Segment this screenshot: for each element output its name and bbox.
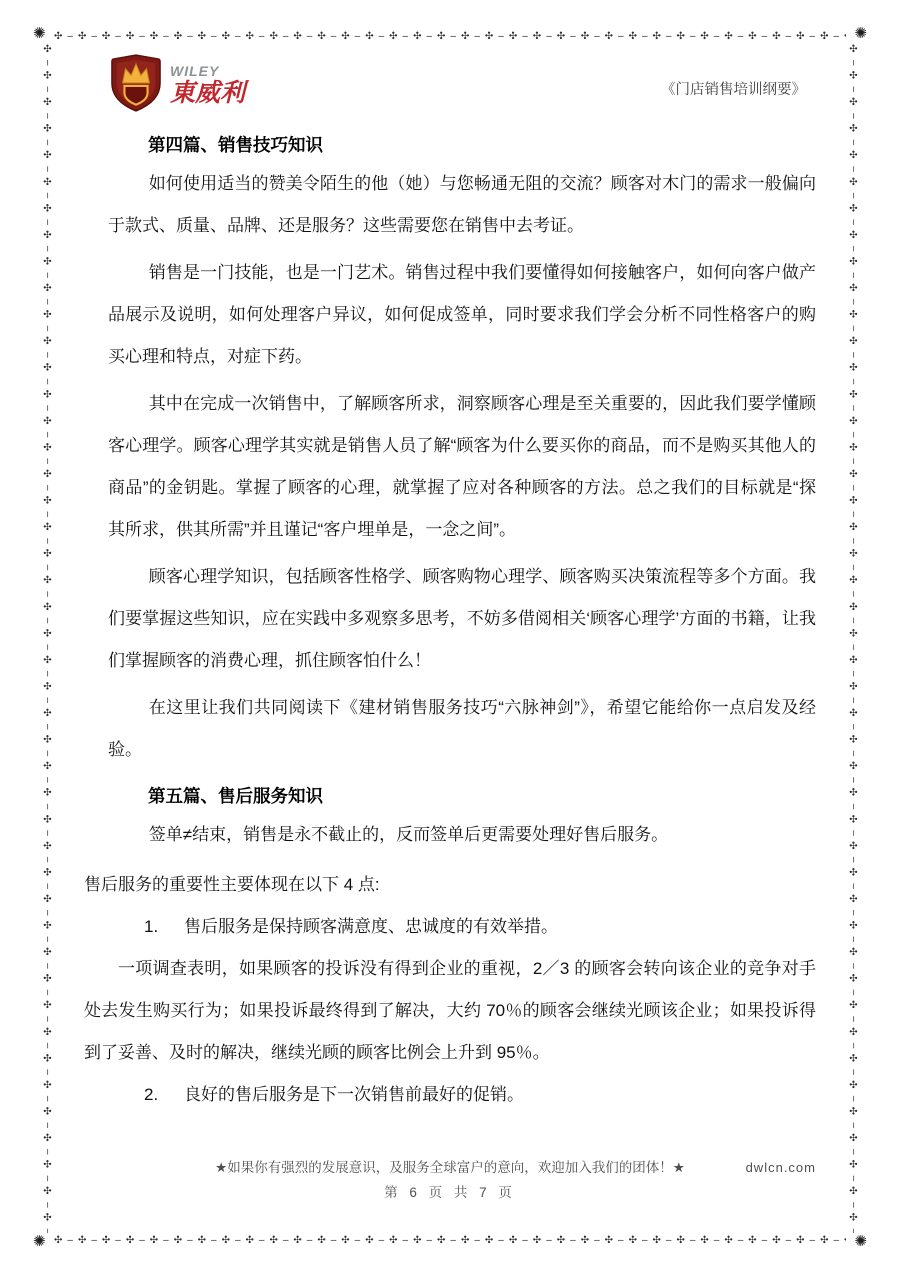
paragraph: 在这里让我们共同阅读下《建材销售服务技巧“六脉神剑”》，希望它能给你一点启发及经… (108, 687, 816, 771)
footer-page-number: 第 6 页 共 7 页 (84, 1180, 816, 1205)
list-item-number: 1. (144, 906, 184, 948)
list-item: 1.售后服务是保持顾客满意度、忠诚度的有效举措。 (84, 906, 816, 948)
ornament-corner-icon: ✺ (854, 1234, 867, 1249)
document-page: ✣–✣–✣–✣–✣–✣–✣–✣–✣–✣–✣–✣–✣–✣–✣–✣–✣–✣–✣–✣–… (0, 0, 900, 1273)
list-item-text: 良好的售后服务是下一次销售前最好的促销。 (184, 1085, 524, 1104)
paragraph: 顾客心理学知识，包括顾客性格学、顾客购物心理学、顾客购买决策流程等多个方面。我们… (108, 556, 816, 682)
paragraph: 签单≠结束，销售是永不截止的，反而签单后更需要处理好售后服务。 (108, 814, 816, 856)
section-heading-five: 第五篇、售后服务知识 (148, 783, 816, 809)
paragraph: 其中在完成一次销售中，了解顾客所求，洞察顾客心理是至关重要的，因此我们要学懂顾客… (108, 383, 816, 551)
brand-text: WILEY 東威利 (170, 64, 245, 107)
paragraph: 如何使用适当的赞美令陌生的他（她）与您畅通无阻的交流？顾客对木门的需求一般偏向于… (108, 163, 816, 247)
brand-name-cn: 東威利 (170, 79, 245, 107)
after-sales-intro: 售后服务的重要性主要体现在以下 4 点: (84, 864, 816, 906)
company-logo: WILEY 東威利 (110, 54, 245, 117)
document-content: WILEY 東威利 《门店销售培训纲要》 第四篇、销售技巧知识 如何使用适当的赞… (0, 0, 900, 1116)
list-item-text: 售后服务是保持顾客满意度、忠诚度的有效举措。 (184, 917, 558, 936)
footer-slogan: ★如果你有强烈的发展意识，及服务全球富户的意向，欢迎加入我们的团体！★ (215, 1160, 685, 1175)
ornament-corner-icon: ✺ (33, 1234, 46, 1249)
section-heading-four: 第四篇、销售技巧知识 (148, 132, 816, 158)
footer-site: dwlcn.com (746, 1155, 816, 1180)
page-footer: ★如果你有强烈的发展意识，及服务全球富户的意向，欢迎加入我们的团体！★ dwlc… (84, 1155, 816, 1205)
list-item: 2.良好的售后服务是下一次销售前最好的促销。 (84, 1074, 816, 1116)
paragraph: 销售是一门技能，也是一门艺术。销售过程中我们要懂得如何接触客户，如何向客户做产品… (108, 252, 816, 378)
shield-crown-logo-icon (110, 54, 162, 117)
document-title: 《门店销售培训纲要》 (661, 78, 806, 99)
footer-slogan-row: ★如果你有强烈的发展意识，及服务全球富户的意向，欢迎加入我们的团体！★ dwlc… (84, 1155, 816, 1180)
list-item-number: 2. (144, 1074, 184, 1116)
paragraph: 一项调查表明，如果顾客的投诉没有得到企业的重视，2／3 的顾客会转向该企业的竞争… (84, 948, 816, 1074)
ornament-border-bottom: ✣–✣–✣–✣–✣–✣–✣–✣–✣–✣–✣–✣–✣–✣–✣–✣–✣–✣–✣–✣–… (54, 1231, 846, 1251)
brand-name-en: WILEY (170, 64, 245, 79)
page-header: WILEY 東威利 《门店销售培训纲要》 (84, 54, 816, 120)
